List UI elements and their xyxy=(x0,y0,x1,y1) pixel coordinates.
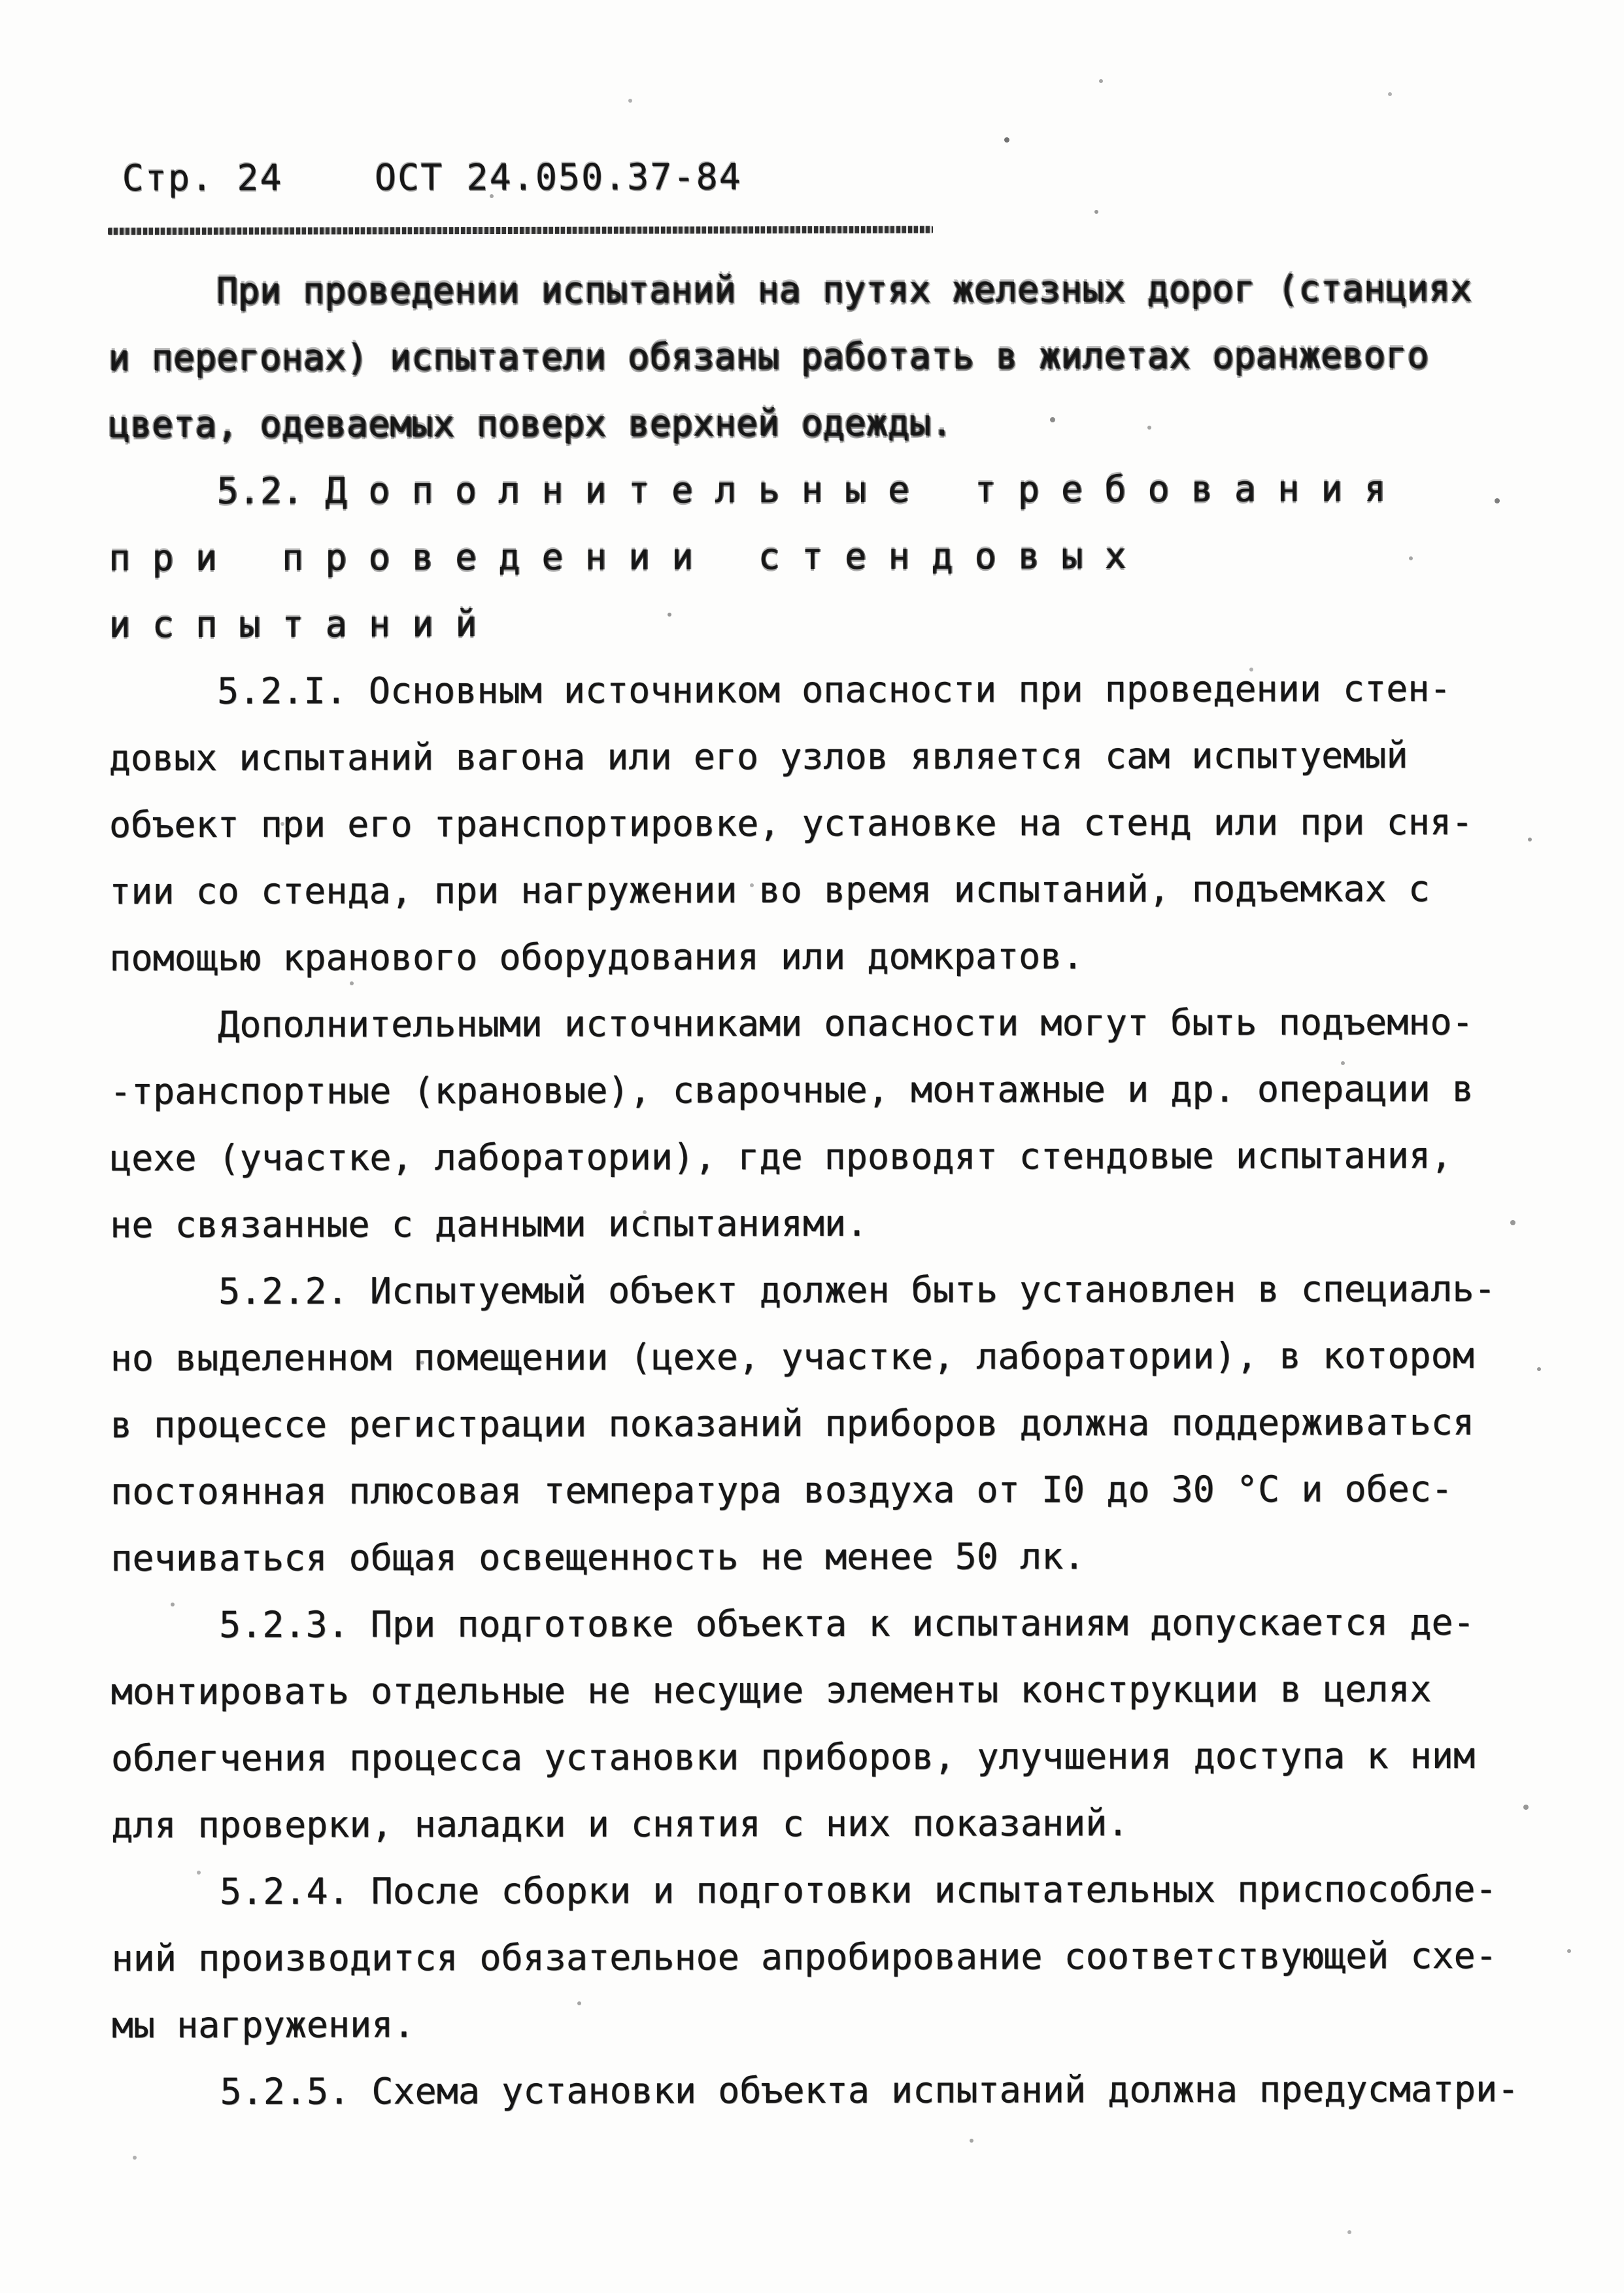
paragraph: 5.2.4. После сборки и подготовки испытат… xyxy=(111,1856,1517,2059)
text-line: но выделенном помещении (цехе, участке, … xyxy=(110,1322,1516,1392)
text-line: При проведении испытаний на путях железн… xyxy=(108,255,1514,325)
page-header: Стр. 24 ОСТ 24.050.37-84 xyxy=(122,156,742,199)
text-line: не связанные с данными испытаниями. xyxy=(110,1189,1515,1259)
document-page: Стр. 24 ОСТ 24.050.37-84 При проведении … xyxy=(0,0,1624,2293)
text-line: тии со стенда, при нагружении во время и… xyxy=(109,855,1515,925)
document-body: При проведении испытаний на путях железн… xyxy=(108,255,1517,2125)
paragraph: 5.2.I. Основным источником опасности при… xyxy=(109,655,1515,992)
text-line: печиваться общая освещенность не менее 5… xyxy=(110,1522,1516,1592)
text-line: постоянная плюсовая температура воздуха … xyxy=(110,1455,1516,1525)
text-line: и перегонах) испытатели обязаны работать… xyxy=(108,322,1514,392)
paragraph: 5.2.2. Испытуемый объект должен быть уст… xyxy=(110,1255,1516,1592)
text-line: для проверки, наладки и снятия с них пок… xyxy=(111,1789,1517,1859)
text-line: мы нагружения. xyxy=(112,1989,1517,2059)
text-line: Дополнительными источниками опасности мо… xyxy=(110,989,1515,1059)
scan-noise xyxy=(0,0,3,3)
paragraph: 5.2.3. При подготовке объекта к испытани… xyxy=(110,1589,1517,1859)
smudge-band xyxy=(108,226,933,235)
paragraph: При проведении испытаний на путях железн… xyxy=(108,255,1514,458)
text-line: ний производится обязательное апробирова… xyxy=(111,1922,1517,1992)
text-line: и с п ы т а н и й xyxy=(109,588,1514,658)
text-line: 5.2.I. Основным источником опасности при… xyxy=(109,655,1514,725)
text-line: цвета, одеваемых поверх верхней одежды. xyxy=(109,388,1514,458)
text-line: 5.2.5. Схема установки объекта испытаний… xyxy=(112,2056,1517,2126)
text-line: объект при его транспортировке, установк… xyxy=(109,789,1515,858)
paragraph: 5.2.5. Схема установки объекта испытаний… xyxy=(112,2056,1517,2126)
text-line: помощью кранового оборудования или домкр… xyxy=(109,922,1515,992)
text-line: 5.2.2. Испытуемый объект должен быть уст… xyxy=(110,1255,1515,1325)
text-line: 5.2. Д о п о л н и т е л ь н ы е т р е б… xyxy=(109,455,1514,525)
paragraph: Дополнительными источниками опасности мо… xyxy=(110,989,1516,1259)
scanned-sheet: Стр. 24 ОСТ 24.050.37-84 При проведении … xyxy=(0,0,1624,2293)
text-line: цехе (участке, лаборатории), где проводя… xyxy=(110,1122,1515,1192)
text-line: в процессе регистрации показаний приборо… xyxy=(110,1389,1516,1459)
text-line: -транспортные (крановые), сварочные, мон… xyxy=(110,1055,1515,1125)
text-line: монтировать отдельные не несущие элемент… xyxy=(111,1656,1517,1725)
text-line: п р и п р о в е д е н и и с т е н д о в … xyxy=(109,522,1514,592)
text-line: облегчения процесса установки приборов, … xyxy=(111,1722,1517,1792)
text-line: 5.2.3. При подготовке объекта к испытани… xyxy=(110,1589,1516,1659)
text-line: 5.2.4. После сборки и подготовки испытат… xyxy=(111,1856,1517,1926)
paragraph: 5.2. Д о п о л н и т е л ь н ы е т р е б… xyxy=(109,455,1515,658)
text-line: довых испытаний вагона или его узлов явл… xyxy=(109,722,1515,792)
